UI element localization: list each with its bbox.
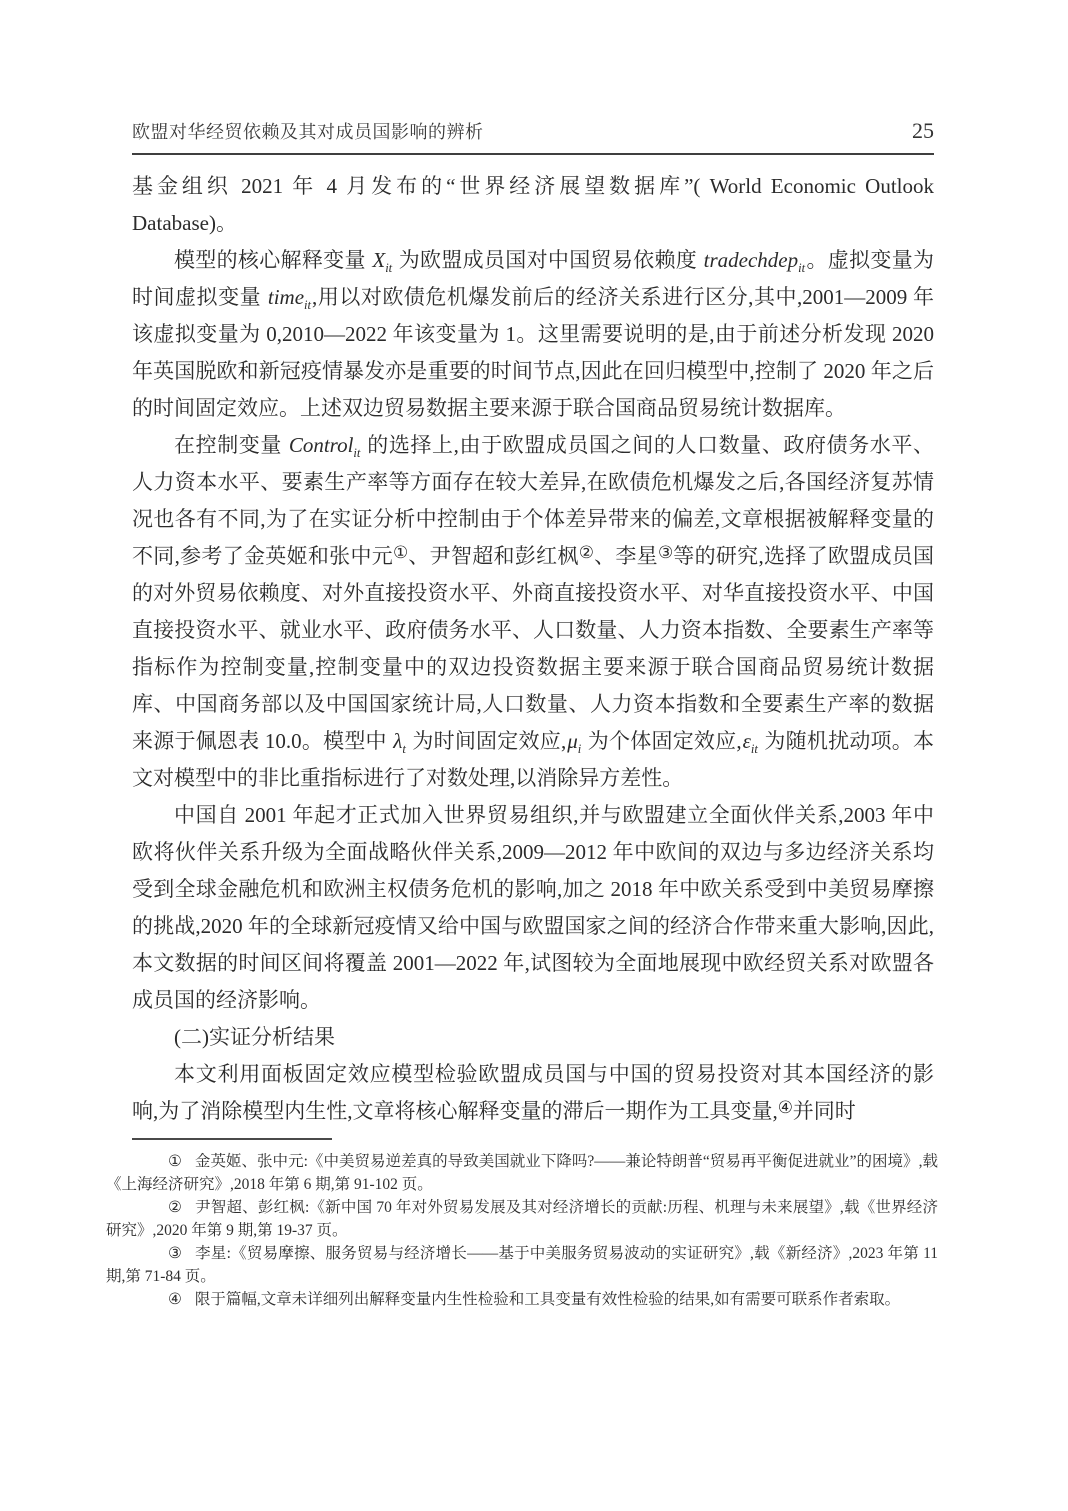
footnote-1: ①金英姬、张中元:《中美贸易逆差真的导致美国就业下降吗?——兼论特朗普“贸易再平… [106, 1150, 938, 1196]
footnote-ref: ① [393, 543, 408, 562]
math-variable: Controlit [288, 433, 362, 457]
footnote-text: 限于篇幅,文章未详细列出解释变量内生性检验和工具变量有效性检验的结果,如有需要可… [195, 1291, 900, 1308]
math-variable: timeit [267, 285, 312, 309]
paragraph-time-span: 中国自 2001 年起才正式加入世界贸易组织,并与欧盟建立全面伙伴关系,2003… [132, 797, 934, 1019]
footnote-ref: ④ [778, 1098, 793, 1117]
footnote-3: ③李星:《贸易摩擦、服务贸易与经济增长——基于中美服务贸易波动的实证研究》,载《… [106, 1242, 938, 1288]
header-rule [132, 153, 934, 155]
article-body: 基金组织 2021 年 4 月发布的“世界经济展望数据库”( World Eco… [132, 168, 934, 1130]
footnote-text: 金英姬、张中元:《中美贸易逆差真的导致美国就业下降吗?——兼论特朗普“贸易再平衡… [106, 1153, 938, 1193]
paragraph-panel-model: 本文利用面板固定效应模型检验欧盟成员国与中国的贸易投资对其本国经济的影响,为了消… [132, 1056, 934, 1130]
math-variable: λt [392, 729, 407, 753]
footnotes: ①金英姬、张中元:《中美贸易逆差真的导致美国就业下降吗?——兼论特朗普“贸易再平… [106, 1150, 938, 1311]
footnote-marker: ② [168, 1199, 182, 1216]
footnote-marker: ③ [168, 1245, 182, 1262]
footnote-marker: ① [168, 1153, 182, 1170]
footnote-ref: ③ [658, 543, 673, 562]
page: 欧盟对华经贸依赖及其对成员国影响的辨析 25 基金组织 2021 年 4 月发布… [0, 0, 1068, 1511]
paragraph-model-variables: 模型的核心解释变量 Xit 为欧盟成员国对中国贸易依赖度 tradechdepi… [132, 242, 934, 427]
page-number: 25 [912, 118, 934, 144]
footnote-ref: ② [579, 543, 594, 562]
math-variable: Xit [371, 248, 393, 272]
math-variable: tradechdepit [703, 248, 806, 272]
math-variable: εit [742, 729, 759, 753]
section-heading-empirical-results: (二)实证分析结果 [132, 1019, 934, 1056]
footnote-text: 尹智超、彭红枫:《新中国 70 年对外贸易发展及其对经济增长的贡献:历程、机理与… [106, 1199, 938, 1239]
footnote-separator [132, 1138, 332, 1140]
running-title: 欧盟对华经贸依赖及其对成员国影响的辨析 [132, 118, 484, 144]
page-header: 欧盟对华经贸依赖及其对成员国影响的辨析 25 [132, 118, 934, 144]
math-variable: μi [566, 729, 582, 753]
footnote-marker: ④ [168, 1291, 182, 1308]
paragraph-continuation: 基金组织 2021 年 4 月发布的“世界经济展望数据库”( World Eco… [132, 168, 934, 242]
paragraph-control-variables: 在控制变量 Controlit 的选择上,由于欧盟成员国之间的人口数量、政府债务… [132, 427, 934, 797]
footnote-4: ④限于篇幅,文章未详细列出解释变量内生性检验和工具变量有效性检验的结果,如有需要… [106, 1288, 938, 1311]
footnote-2: ②尹智超、彭红枫:《新中国 70 年对外贸易发展及其对经济增长的贡献:历程、机理… [106, 1196, 938, 1242]
footnote-text: 李星:《贸易摩擦、服务贸易与经济增长——基于中美服务贸易波动的实证研究》,载《新… [106, 1245, 938, 1285]
